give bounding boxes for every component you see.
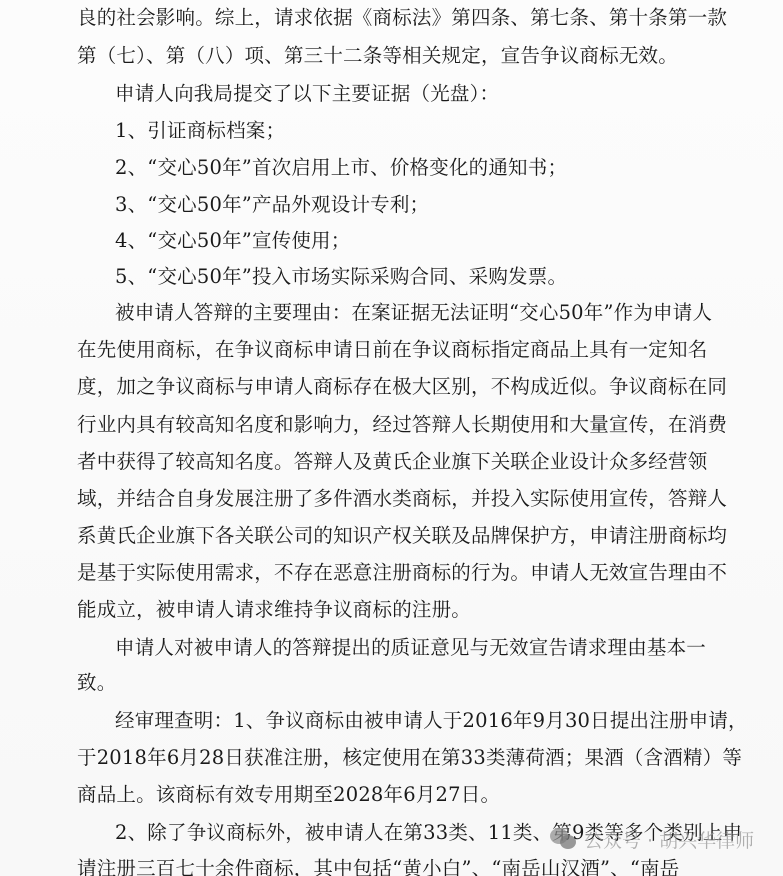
line-15: 是基于实际使用需求，不存在恶意注册商标的行为。申请人无效宣告理由不 (77, 561, 727, 585)
line-7: 5、“交心50年”投入市场实际采购合同、采购发票。 (115, 265, 567, 289)
line-21: 商品上。该商标有效专用期至2028年6月27日。 (77, 783, 500, 807)
line-5: 3、“交心50年”产品外观设计专利； (115, 193, 429, 217)
line-17: 申请人对被申请人的答辩提出的质证意见与无效宣告请求理由基本一 (115, 636, 706, 660)
line-0: 良的社会影响。综上，请求依据《商标法》第四条、第七条、第十条第一款 (77, 6, 727, 30)
line-10: 度，加之争议商标与申请人商标存在极大区别，不构成近似。争议商标在同 (77, 375, 727, 399)
line-8: 被申请人答辩的主要理由：在案证据无法证明“交心50年”作为申请人 (115, 301, 712, 325)
watermark: 公众号 · 胡兴华律师 (550, 826, 754, 853)
line-16: 能成立，被申请人请求维持争议商标的注册。 (77, 598, 471, 622)
line-23: 请注册三百七十余件商标，其中包括“黄小白”、“南岳山汉酒”、“南岳 (77, 857, 679, 876)
document-page: 良的社会影响。综上，请求依据《商标法》第四条、第七条、第十条第一款 第（七）、第… (0, 0, 783, 876)
line-11: 行业内具有较高知名度和影响力，经过答辩人长期使用和大量宣传，在消费 (77, 413, 727, 437)
line-19: 经审理查明：1、争议商标由被申请人于2016年9月30日提出注册申请， (115, 709, 748, 733)
line-6: 4、“交心50年”宣传使用； (115, 229, 350, 253)
line-20: 于2018年6月28日获准注册，核定使用在第33类薄荷酒；果酒（含酒精）等 (77, 746, 742, 770)
line-9: 在先使用商标，在争议商标申请日前在争议商标指定商品上具有一定知名 (77, 338, 707, 362)
line-18: 致。 (77, 671, 116, 695)
watermark-text: 公众号 · 胡兴华律师 (584, 826, 754, 853)
line-4: 2、“交心50年”首次启用上市、价格变化的通知书； (115, 156, 567, 180)
line-2: 申请人向我局提交了以下主要证据（光盘）： (115, 82, 499, 106)
line-12: 者中获得了较高知名度。答辩人及黄氏企业旗下关联企业设计众多经营领 (77, 450, 707, 474)
line-14: 系黄氏企业旗下各关联公司的知识产权关联及品牌保护方，申请注册商标均 (77, 524, 727, 548)
wechat-icon (550, 828, 578, 852)
line-1: 第（七）、第（八）项、第三十二条等相关规定，宣告争议商标无效。 (77, 44, 678, 68)
line-3: 1、引证商标档案； (115, 119, 285, 143)
line-13: 域，并结合自身发展注册了多件酒水类商标，并投入实际使用宣传，答辩人 (77, 487, 727, 511)
